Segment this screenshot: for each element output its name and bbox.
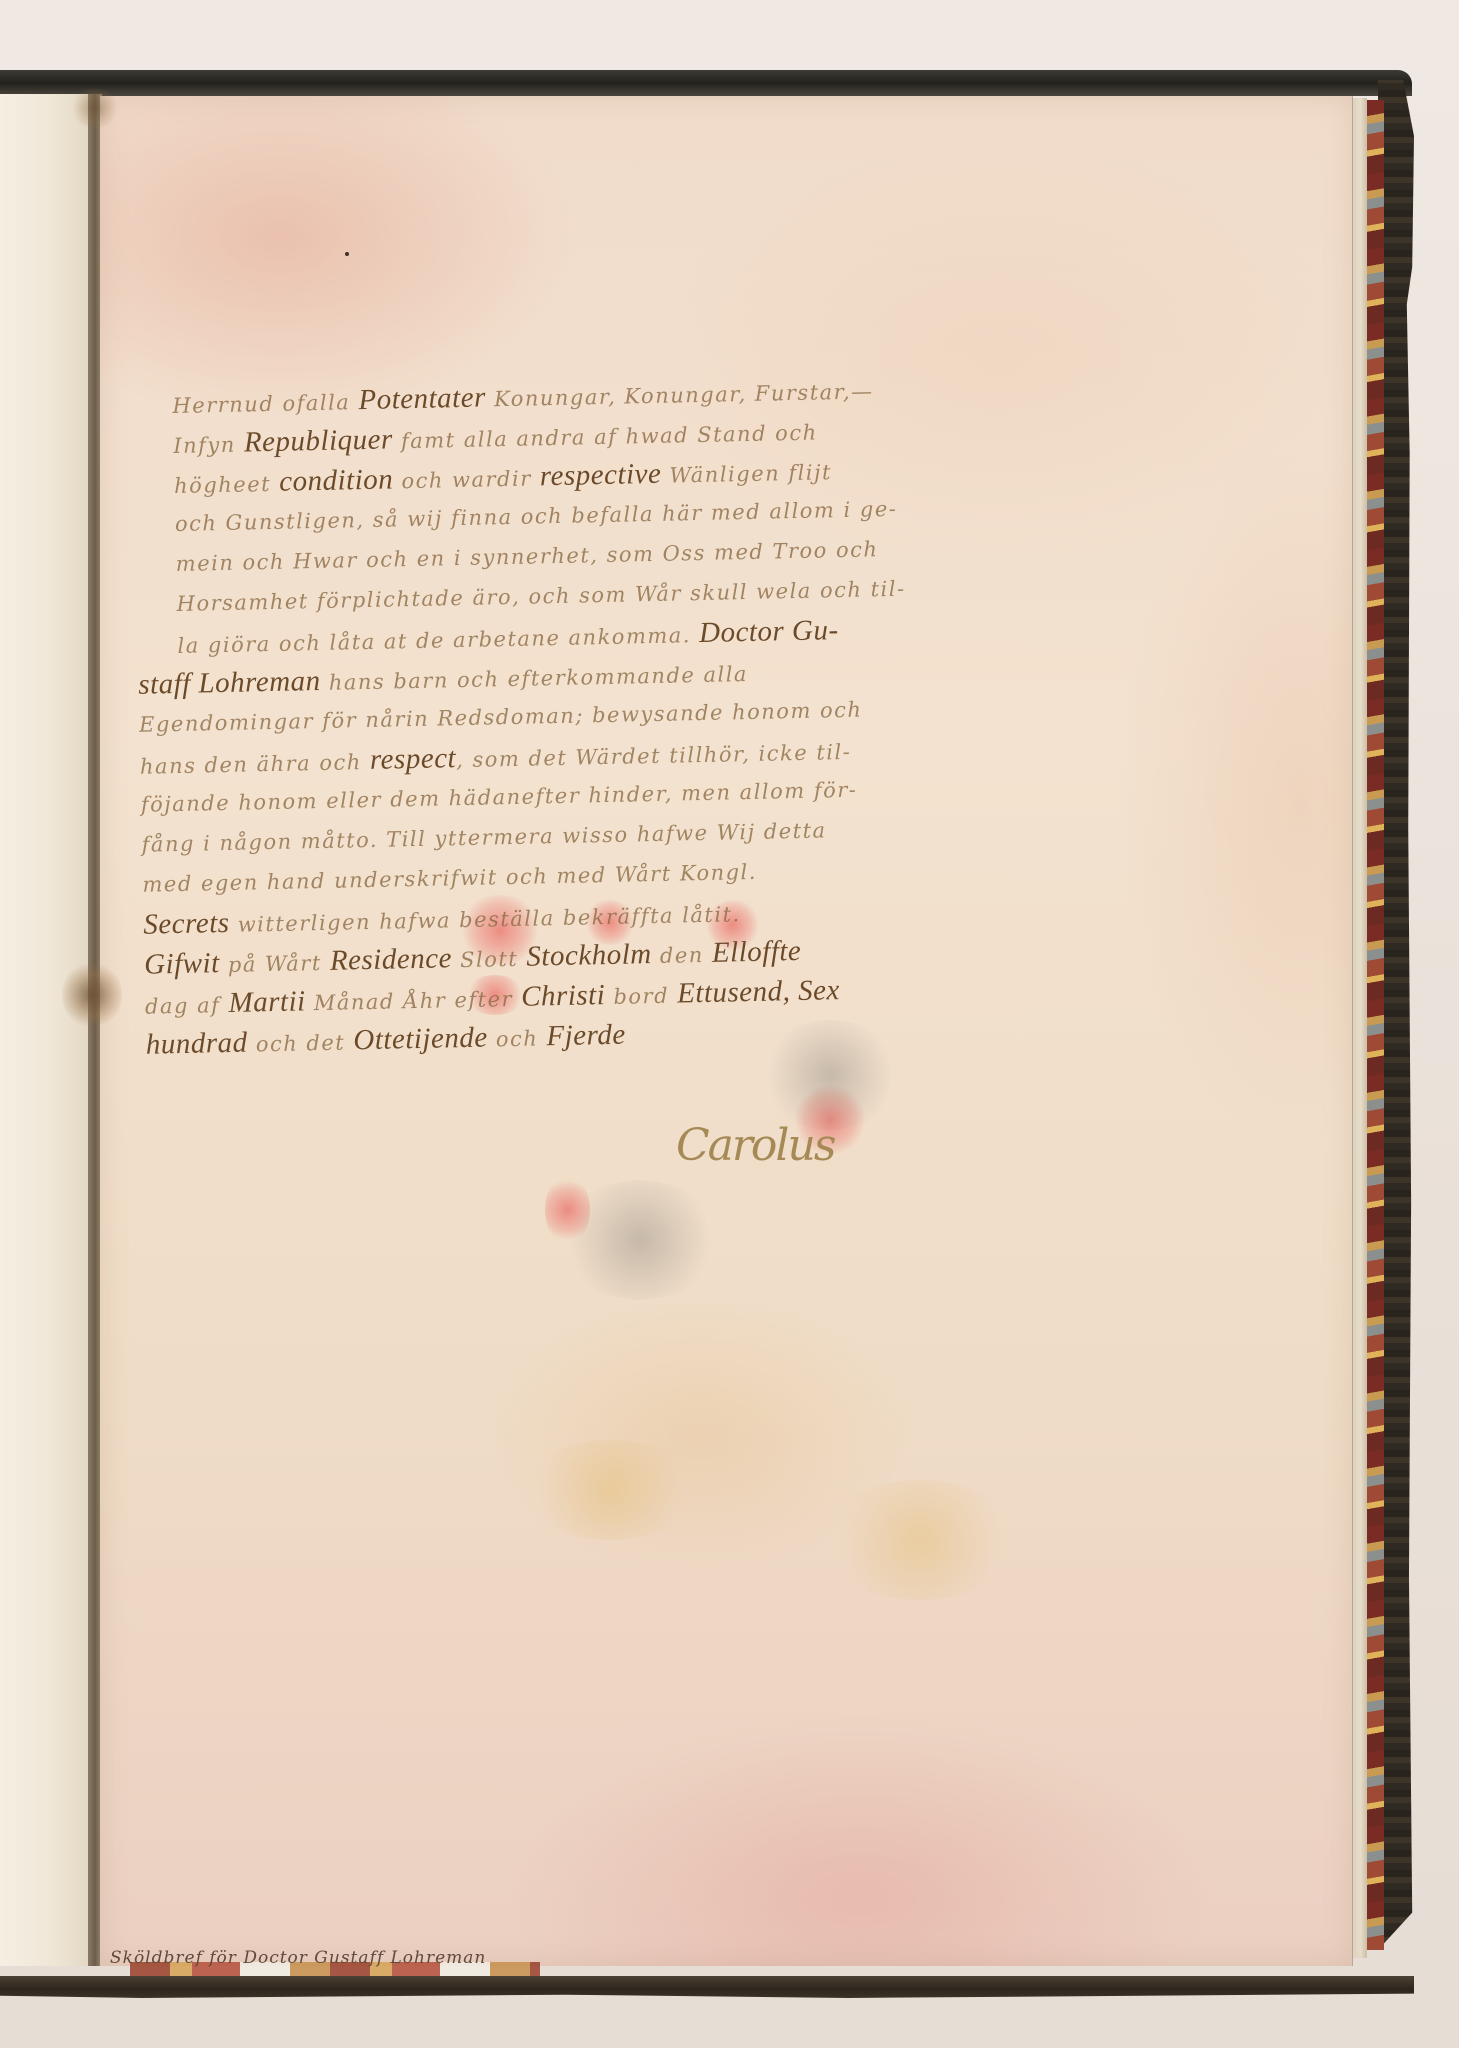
script-text: och det (247, 1030, 353, 1056)
script-text: witterligen hafwa beställa bekräffta låt… (229, 902, 741, 937)
script-text: hans den ähra och (140, 750, 370, 779)
left-page-verso (0, 94, 90, 1966)
emphasized-word: Elloffte (712, 935, 802, 969)
script-text: mein och Hwar och en i synnerhet, som Os… (176, 537, 879, 576)
royal-signature: Carolus (676, 1120, 834, 1171)
script-text: med egen hand underskrifwit och med Wårt… (142, 860, 757, 897)
script-text: på Wårt (219, 951, 330, 977)
emphasized-word: Potentater (358, 381, 486, 416)
emphasized-word: Gifwit (144, 947, 220, 981)
emphasized-word: Christi (521, 979, 606, 1013)
emphasized-word: Fjerde (546, 1019, 626, 1053)
script-text: Konungar, Konungar, Furstar,— (486, 379, 874, 411)
script-text: la giöra och låta at de arbetane ankomma… (177, 623, 699, 658)
script-text: och (487, 1026, 546, 1051)
emphasized-word: Doctor Gu- (699, 614, 839, 649)
script-text: Wänligen flijt (661, 460, 832, 488)
marbled-endpaper (1366, 100, 1384, 1950)
emphasized-word: Ottetijende (353, 1022, 488, 1057)
script-text: fång i någon måtto. Till yttermera wisso… (141, 818, 826, 856)
pencil-mark (345, 252, 349, 256)
manuscript-text-block: Herrnud ofalla Potentater Konungar, Konu… (172, 363, 1186, 1064)
script-text: högheet (174, 472, 280, 498)
emphasized-word: condition (279, 463, 394, 497)
emphasized-word: respective (540, 458, 662, 493)
script-text: Månad Åhr efter (305, 987, 521, 1016)
script-text: Infyn (173, 433, 244, 458)
emphasized-word: Residence (330, 942, 453, 977)
script-text: hans barn och efterkommande alla (320, 662, 748, 695)
emphasized-word: hundrad (145, 1027, 247, 1061)
emphasized-word: respect (370, 742, 457, 776)
footer-note: Sköldbref för Doctor Gustaff Lohreman (110, 1948, 486, 1968)
emphasized-word: Ettusend, Sex (677, 974, 840, 1009)
book-cover-bottom-edge (0, 1976, 1414, 1998)
script-text: , som det Wärdet tillhör, icke til- (456, 740, 852, 772)
book-cover-top-edge (0, 70, 1412, 96)
emphasized-word: Martii (228, 985, 306, 1019)
script-text: föjande honom eller dem hädanefter hinde… (141, 778, 858, 817)
emphasized-word: Stockholm (526, 938, 652, 973)
emphasized-word: Republiquer (244, 423, 393, 458)
emphasized-word: Secrets (143, 907, 230, 941)
script-text: Herrnud ofalla (172, 390, 359, 418)
script-text: famt alla andra af hwad Stand och (393, 420, 818, 453)
script-text: Slott (452, 947, 527, 973)
script-text: bord (605, 984, 677, 1010)
script-text: dag af (145, 993, 229, 1019)
script-text: och wardir (393, 466, 540, 493)
script-text: den (651, 943, 712, 968)
emphasized-word: staff Lohreman (138, 665, 321, 701)
